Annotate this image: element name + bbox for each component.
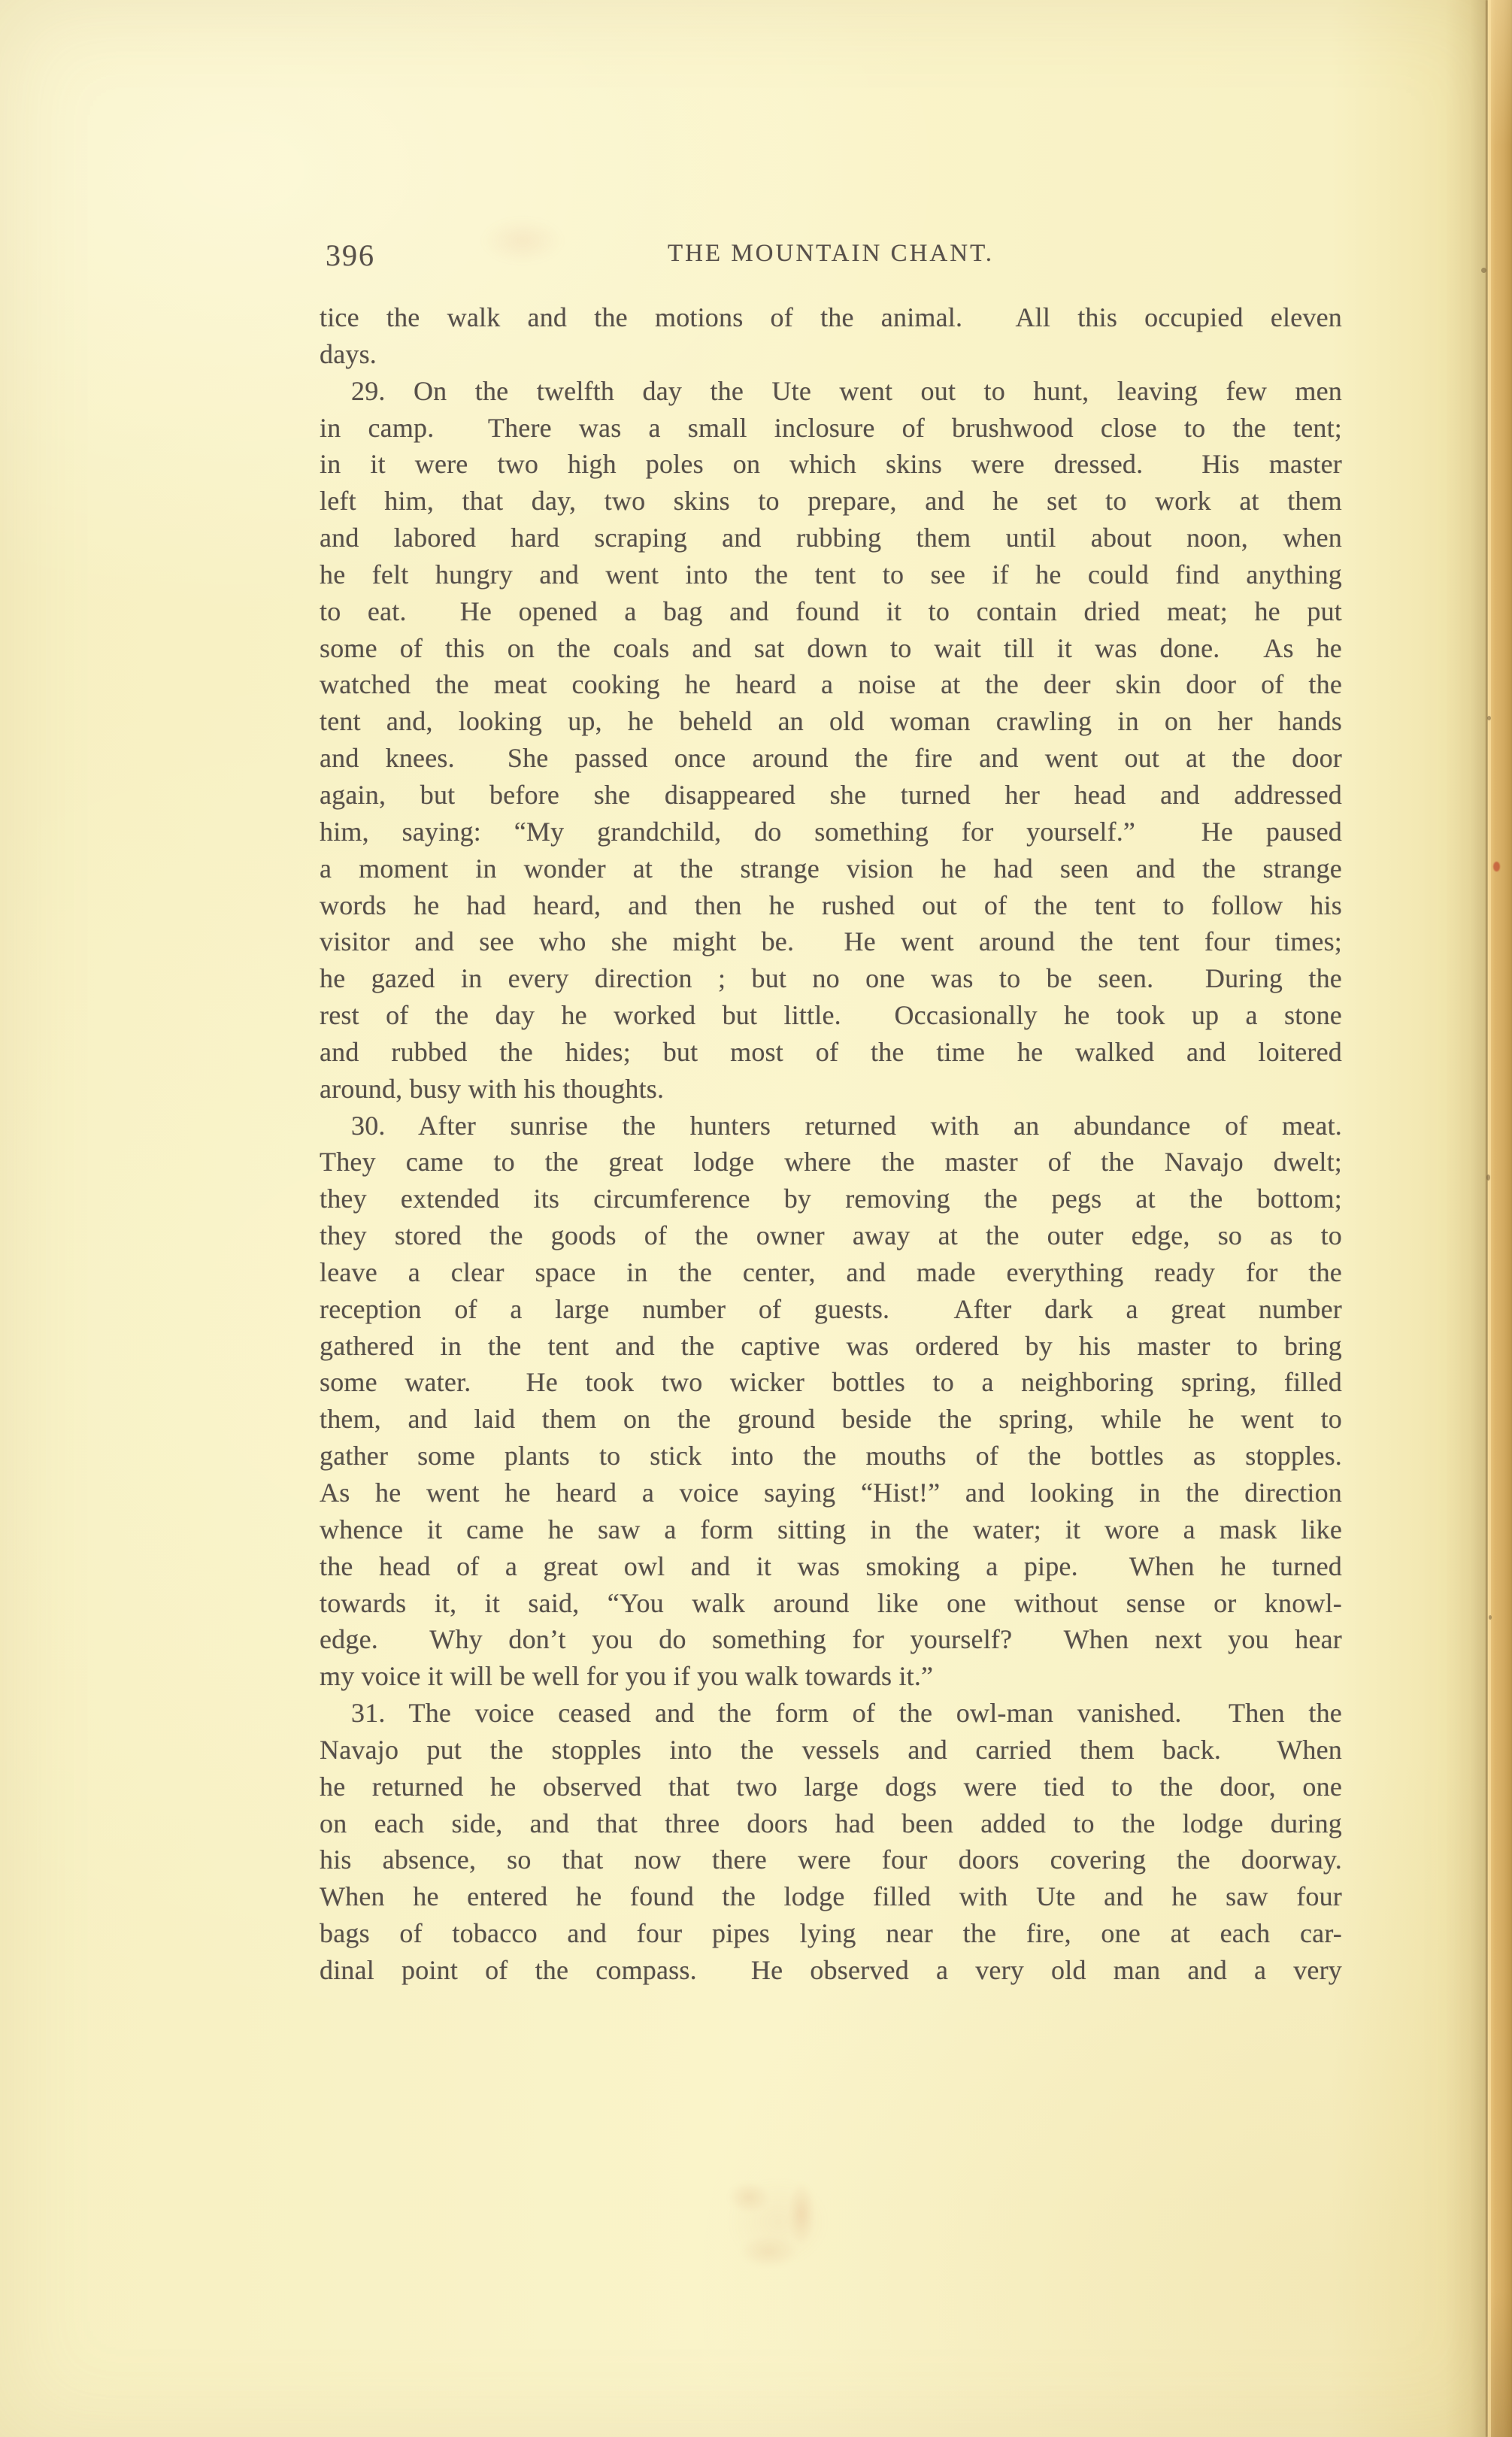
text-line: left him, that day, two skins to prepare… [320, 483, 1342, 520]
text-line: leave a clear space in the center, and m… [320, 1254, 1342, 1291]
text-line: my voice it will be well for you if you … [320, 1658, 1342, 1695]
dirt-speck [1487, 716, 1491, 720]
text-line: bags of tobacco and four pipes lying nea… [320, 1915, 1342, 1952]
text-line: some water. He took two wicker bottles t… [320, 1364, 1342, 1401]
running-header: 396 THE MOUNTAIN CHANT. [320, 238, 1342, 275]
text-line: 30. After sunrise the hunters returned w… [320, 1108, 1342, 1144]
text-line: and rubbed the hides; but most of the ti… [320, 1034, 1342, 1071]
text-line: tice the walk and the motions of the ani… [320, 299, 1342, 336]
paragraph: 29. On the twelfth day the Ute went out … [320, 373, 1342, 1108]
text-line: in it were two high poles on which skins… [320, 446, 1342, 483]
text-line: them, and laid them on the ground beside… [320, 1401, 1342, 1438]
text-line: rest of the day he worked but little. Oc… [320, 997, 1342, 1034]
text-line: they stored the goods of the owner away … [320, 1217, 1342, 1254]
text-line: he felt hungry and went into the tent to… [320, 556, 1342, 593]
text-line: watched the meat cooking he heard a nois… [320, 666, 1342, 703]
text-line: they extended its circumference by remov… [320, 1181, 1342, 1217]
text-line: on each side, and that three doors had b… [320, 1805, 1342, 1842]
text-line: to eat. He opened a bag and found it to … [320, 593, 1342, 630]
text-line: gather some plants to stick into the mou… [320, 1438, 1342, 1475]
text-line: days. [320, 336, 1342, 373]
text-line: his absence, so that now there were four… [320, 1841, 1342, 1878]
text-line: 31. The voice ceased and the form of the… [320, 1695, 1342, 1732]
text-line: Navajo put the stopples into the vessels… [320, 1732, 1342, 1769]
page-title: THE MOUNTAIN CHANT. [320, 240, 1342, 268]
text-line: he gazed in every direction ; but no one… [320, 960, 1342, 997]
text-line: 29. On the twelfth day the Ute went out … [320, 373, 1342, 410]
text-line: again, but before she disappeared she tu… [320, 777, 1342, 814]
dirt-speck [1481, 268, 1486, 273]
text-line: the head of a great owl and it was smoki… [320, 1548, 1342, 1585]
text-line: around, busy with his thoughts. [320, 1071, 1342, 1108]
red-ink-dot [1493, 862, 1500, 871]
text-line: tent and, looking up, he beheld an old w… [320, 703, 1342, 740]
text-body: tice the walk and the motions of the ani… [320, 299, 1342, 1989]
text-line: They came to the great lodge where the m… [320, 1144, 1342, 1181]
text-line: in camp. There was a small inclosure of … [320, 410, 1342, 447]
text-line: him, saying: “My grandchild, do somethin… [320, 814, 1342, 850]
dirt-speck [1486, 1175, 1490, 1181]
paragraph: tice the walk and the motions of the ani… [320, 299, 1342, 373]
book-edge [1488, 0, 1512, 2437]
text-line: reception of a large number of guests. A… [320, 1291, 1342, 1328]
ink-bleed-stain [680, 2139, 876, 2305]
text-line: a moment in wonder at the strange vision… [320, 850, 1342, 887]
text-line: and knees. She passed once around the fi… [320, 740, 1342, 777]
gutter-shadow [1445, 0, 1487, 2437]
book-page: 396 THE MOUNTAIN CHANT. tice the walk an… [0, 0, 1512, 2437]
text-line: some of this on the coals and sat down t… [320, 630, 1342, 667]
text-line: edge. Why don’t you do something for you… [320, 1621, 1342, 1658]
text-line: As he went he heard a voice saying “Hist… [320, 1475, 1342, 1511]
text-line: visitor and see who she might be. He wen… [320, 923, 1342, 960]
text-line: whence it came he saw a form sitting in … [320, 1511, 1342, 1548]
text-line: he returned he observed that two large d… [320, 1769, 1342, 1805]
text-line: When he entered he found the lodge fille… [320, 1878, 1342, 1915]
paragraph: 30. After sunrise the hunters returned w… [320, 1108, 1342, 1696]
text-line: dinal point of the compass. He observed … [320, 1952, 1342, 1989]
text-line: and labored hard scraping and rubbing th… [320, 520, 1342, 556]
book-edge-highlight [1488, 0, 1491, 2437]
text-line: towards it, it said, “You walk around li… [320, 1585, 1342, 1622]
dirt-speck [1489, 1615, 1492, 1620]
text-line: gathered in the tent and the captive was… [320, 1328, 1342, 1365]
paragraph: 31. The voice ceased and the form of the… [320, 1695, 1342, 1989]
text-line: words he had heard, and then he rushed o… [320, 887, 1342, 924]
